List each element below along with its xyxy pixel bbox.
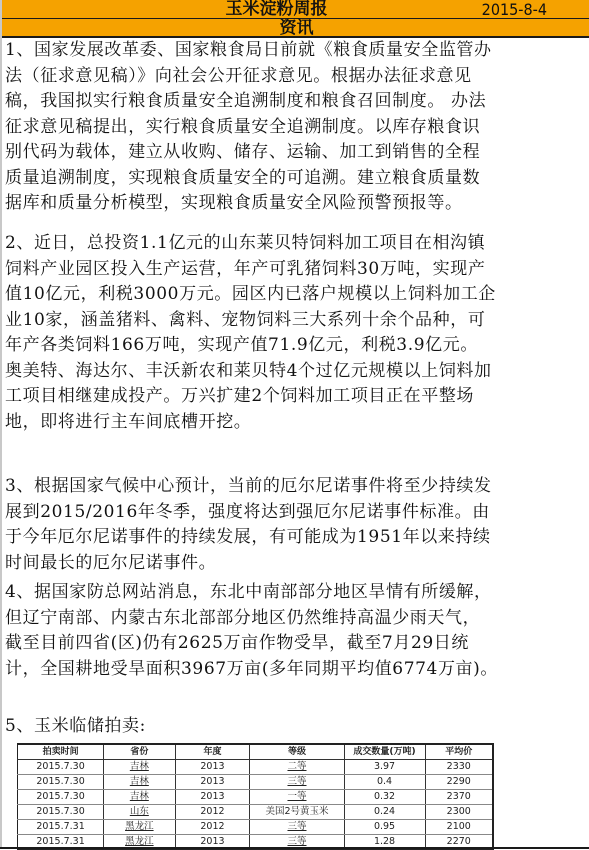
table-cell: 吉林 <box>104 790 175 805</box>
news-line: 稿，我国拟实行粮食质量安全追溯制度和粮食召回制度。 办法 <box>5 89 492 115</box>
table-cell: 2015.7.30 <box>18 790 104 805</box>
table-cell: 2013 <box>175 790 250 805</box>
table-cell: 吉林 <box>104 775 175 790</box>
news-line: 5、玉米临储拍卖: <box>5 714 146 740</box>
table-header-row: 拍卖时间 省份 年度 等级 成交数量(万吨) 平均价 <box>18 744 494 760</box>
news-line: 年产各类饲料166万吨，实现产值71.9亿元，利税3.9亿元。 <box>5 333 496 359</box>
table-cell: 0.4 <box>344 775 425 790</box>
column-header: 平均价 <box>425 744 493 760</box>
table-cell: 3.97 <box>344 760 425 775</box>
table-cell: 三等 <box>250 775 344 790</box>
table-cell: 三等 <box>250 820 344 835</box>
news-line: 于今年厄尔尼诺事件的持续发展，有可能成为1951年以来持续 <box>5 525 492 551</box>
table-cell: 2330 <box>425 760 493 775</box>
news-line: 2、近日，总投资1.1亿元的山东莱贝特饲料加工项目在相沟镇 <box>5 231 496 257</box>
column-header: 省份 <box>104 744 175 760</box>
news-line: 但辽宁南部、内蒙古东北部部分地区仍然维持高温少雨天气， <box>5 606 498 632</box>
news-line: 征求意见稿提出，实行粮食质量安全追溯制度。以库存粮食识 <box>5 115 492 141</box>
news-line: 饲料产业园区投入生产运营，年产可乳猪饲料30万吨，实现产 <box>5 257 496 283</box>
section-header-bar: 资讯 <box>2 19 589 38</box>
table-row: 2015.7.30 吉林 2013 二等 3.97 2330 <box>18 760 494 775</box>
news-item-1: 1、国家发展改革委、国家粮食局日前就《粮食质量安全监管办 法（征求意见稿）》向社… <box>5 38 492 217</box>
table-cell: 2100 <box>425 820 493 835</box>
table-cell: 2015.7.31 <box>18 820 104 835</box>
table-cell: 0.24 <box>344 805 425 820</box>
table-cell: 山东 <box>104 805 175 820</box>
column-header: 等级 <box>250 744 344 760</box>
table-row: 2015.7.30 山东 2012 美国2号黄玉米 0.24 2300 <box>18 805 494 820</box>
column-header: 年度 <box>175 744 250 760</box>
bottom-border <box>0 847 589 849</box>
news-line: 计，全国耕地受旱面积3967万亩(多年同期平均值6774万亩)。 <box>5 657 498 683</box>
news-line: 时间最长的厄尔尼诺事件。 <box>5 551 492 577</box>
report-title-bar: 玉米淀粉周报 2015-8-4 <box>2 0 589 19</box>
table-cell: 2012 <box>175 805 250 820</box>
table-cell: 2015.7.30 <box>18 805 104 820</box>
table-cell: 吉林 <box>104 760 175 775</box>
table-row: 2015.7.31 黑龙江 2012 三等 0.95 2100 <box>18 820 494 835</box>
section-title: 资讯 <box>2 19 589 38</box>
news-line: 值10亿元，利税3000万元。园区内已落户规模以上饲料加工企 <box>5 282 496 308</box>
news-line: 法（征求意见稿）》向社会公开征求意见。根据办法征求意见 <box>5 64 492 90</box>
news-line: 地，即将进行主车间底槽开挖。 <box>5 410 496 436</box>
table-cell: 黑龙江 <box>104 820 175 835</box>
table-cell: 2300 <box>425 805 493 820</box>
table-cell: 二等 <box>250 760 344 775</box>
news-item-4: 4、据国家防总网站消息，东北中南部部分地区旱情有所缓解， 但辽宁南部、内蒙古东北… <box>5 580 498 682</box>
report-date: 2015-8-4 <box>482 0 547 19</box>
news-line: 质量追溯制度，实现粮食质量安全的可追溯。建立粮食质量数 <box>5 166 492 192</box>
column-header: 拍卖时间 <box>18 744 104 760</box>
news-line: 展到2015/2016年冬季，强度将达到强厄尔尼诺事件标准。由 <box>5 500 492 526</box>
table-cell: 2370 <box>425 790 493 805</box>
news-line: 1、国家发展改革委、国家粮食局日前就《粮食质量安全监管办 <box>5 38 492 64</box>
news-line: 工项目相继建成投产。万兴扩建2个饲料加工项目正在平整场 <box>5 384 496 410</box>
column-header: 成交数量(万吨) <box>344 744 425 760</box>
news-line: 别代码为载体，建立从收购、储存、运输、加工到销售的全程 <box>5 140 492 166</box>
news-line: 业10家，涵盖猪料、禽料、宠物饲料三大系列十余个品种，可 <box>5 308 496 334</box>
table-cell: 2013 <box>175 760 250 775</box>
news-item-2: 2、近日，总投资1.1亿元的山东莱贝特饲料加工项目在相沟镇 饲料产业园区投入生产… <box>5 231 496 435</box>
table-cell: 0.95 <box>344 820 425 835</box>
news-item-5: 5、玉米临储拍卖: <box>5 714 146 740</box>
auction-table: 拍卖时间 省份 年度 等级 成交数量(万吨) 平均价 2015.7.30 吉林 … <box>17 743 494 850</box>
table-row: 2015.7.30 吉林 2013 一等 0.32 2370 <box>18 790 494 805</box>
table-cell: 2015.7.30 <box>18 775 104 790</box>
news-line: 据库和质量分析模型，实现粮食质量安全风险预警预报等。 <box>5 191 492 217</box>
table-cell: 2290 <box>425 775 493 790</box>
table-cell: 一等 <box>250 790 344 805</box>
table-cell: 2012 <box>175 820 250 835</box>
news-item-3: 3、根据国家气候中心预计，当前的厄尔尼诺事件将至少持续发 展到2015/2016… <box>5 474 492 576</box>
news-line: 4、据国家防总网站消息，东北中南部部分地区旱情有所缓解， <box>5 580 498 606</box>
news-line: 3、根据国家气候中心预计，当前的厄尔尼诺事件将至少持续发 <box>5 474 492 500</box>
table-cell: 2013 <box>175 775 250 790</box>
table-cell: 2015.7.30 <box>18 760 104 775</box>
table-cell: 0.32 <box>344 790 425 805</box>
news-line: 截至目前四省(区)仍有2625万亩作物受旱，截至7月29日统 <box>5 631 498 657</box>
table-cell: 美国2号黄玉米 <box>250 805 344 820</box>
table-row: 2015.7.30 吉林 2013 三等 0.4 2290 <box>18 775 494 790</box>
news-line: 奥美特、海达尔、丰沃新农和莱贝特4个过亿元规模以上饲料加 <box>5 359 496 385</box>
